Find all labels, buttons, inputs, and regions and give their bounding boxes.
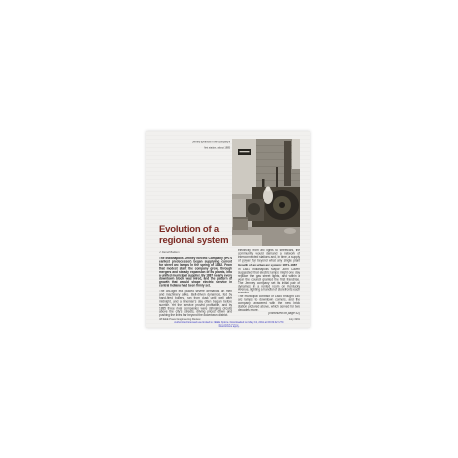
body-paragraph-4: In 1881 Indianapolis Mayor John Caven su… — [238, 268, 300, 293]
section-heading: Growth of an urban arc system: 1871–1887 — [238, 264, 300, 267]
body-paragraph-4-wrap: In 1881 Indianapolis Mayor John Caven su… — [238, 268, 300, 293]
caption-line-1: Jenney dynamos in the company's — [192, 141, 230, 144]
article-page: Jenney dynamos in the company's first st… — [146, 131, 310, 328]
xplore-watermark-line-2: Restrictions apply. — [174, 325, 284, 328]
article-title: Evolution of a regional system — [159, 224, 244, 246]
photo-caption: Jenney dynamos in the company's first st… — [192, 141, 230, 153]
body-paragraph-5: The municipal contract of 1885 brought 1… — [238, 295, 300, 312]
lead-paragraph-wrap: The Indianapolis Jenney Electric Company… — [159, 257, 232, 288]
author-byline: J. Darrell Bakken — [159, 251, 219, 254]
body-paragraph-5-wrap: The municipal contract of 1885 brought 1… — [238, 295, 300, 312]
author-byline-wrap: J. Darrell Bakken — [159, 251, 219, 256]
lead-paragraph: The Indianapolis Jenney Electric Company… — [159, 257, 232, 288]
body-paragraph-2-wrap: The arc-light era placed severe demands … — [159, 290, 232, 317]
caption-line-2: first station, about 1885 — [192, 147, 230, 150]
continuation-note: (continued on page 52) — [238, 312, 300, 315]
title-line-2: regional system — [159, 235, 244, 246]
title-line-1: Evolution of a — [159, 224, 244, 235]
continued-paragraph: electricity from arc lights to streetcar… — [238, 249, 300, 263]
section-heading-wrap: Growth of an urban arc system: 1871–1887 — [238, 264, 300, 268]
continuation-note-wrap: (continued on page 52) — [238, 312, 300, 317]
body-paragraph-2: The arc-light era placed severe demands … — [159, 290, 232, 317]
xplore-watermark-line-2-wrap: Restrictions apply. — [174, 325, 284, 329]
continued-paragraph-wrap: electricity from arc lights to streetcar… — [238, 249, 300, 263]
